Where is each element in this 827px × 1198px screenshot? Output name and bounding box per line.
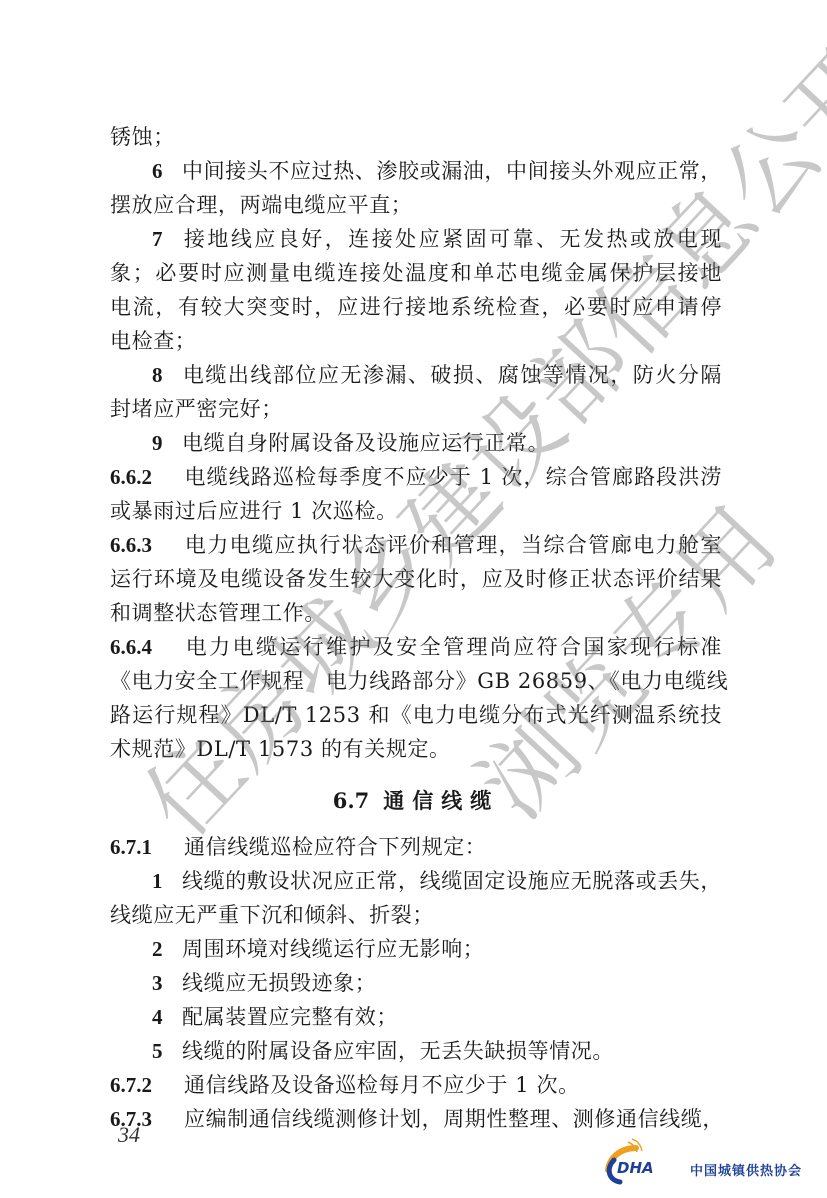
section-number: 6.7: [333, 788, 370, 813]
item-number: 6: [152, 154, 182, 188]
clause-6-7-2: 6.7.2通信线路及设备巡检每月不应少于 1 次。: [110, 1068, 722, 1102]
clause-text: 电缆线路巡检每季度不应少于 1 次，综合管廊路段洪涝: [184, 465, 722, 489]
list-item-4: 4配属装置应完整有效；: [110, 1000, 722, 1034]
item-text: 电缆自身附属设备及设施应运行正常。: [182, 431, 549, 455]
item-text: 线缆应无损毁迹象；: [182, 971, 376, 995]
list-item-5: 5线缆的附属设备应牢固，无丢失缺损等情况。: [110, 1034, 722, 1068]
text-line: 和调整状态管理工作。: [110, 596, 722, 630]
item-number: 2: [152, 932, 182, 966]
logo-mark: DHA: [617, 1159, 654, 1177]
text-line: 电检查；: [110, 324, 722, 358]
item-number: 9: [152, 426, 182, 460]
item-text: 电缆出线部位应无渗漏、破损、腐蚀等情况，防火分隔: [182, 363, 722, 387]
section-heading: 6.7通信线缆: [110, 784, 722, 818]
list-item-2: 2周围环境对线缆运行应无影响；: [110, 932, 722, 966]
list-item-1: 1线缆的敷设状况应正常，线缆固定设施应无脱落或丢失，: [110, 864, 722, 898]
list-item-7: 7接地线应良好，连接处应紧固可靠、无发热或放电现: [110, 222, 722, 256]
text-line: 《电力安全工作规程 电力线路部分》GB 26859、《电力电缆线: [110, 664, 722, 698]
text-line: 封堵应严密完好；: [110, 392, 722, 426]
item-text: 线缆的附属设备应牢固，无丢失缺损等情况。: [182, 1039, 614, 1063]
item-number: 3: [152, 966, 182, 1000]
clause-number: 6.7.1: [110, 830, 184, 864]
item-text: 配属装置应完整有效；: [182, 1005, 398, 1029]
text-line: 路运行规程》DL/T 1253 和《电力电缆分布式光纤测温系统技: [110, 698, 722, 732]
item-text: 线缆的敷设状况应正常，线缆固定设施应无脱落或丢失，: [182, 869, 722, 893]
clause-number: 6.7.2: [110, 1068, 184, 1102]
item-number: 8: [152, 358, 182, 392]
clause-text: 应编制通信线缆测修计划，周期性整理、测修通信线缆，: [184, 1107, 724, 1131]
list-item-9: 9电缆自身附属设备及设施应运行正常。: [110, 426, 722, 460]
logo-text: 中国城镇供热协会: [690, 1160, 802, 1179]
clause-text: 电力电缆应执行状态评价和管理，当综合管廊电力舱室: [184, 533, 722, 557]
item-text: 接地线应良好，连接处应紧固可靠、无发热或放电现: [182, 227, 722, 251]
item-text: 中间接头不应过热、渗胶或漏油，中间接头外观应正常，: [182, 159, 722, 183]
list-item-8: 8电缆出线部位应无渗漏、破损、腐蚀等情况，防火分隔: [110, 358, 722, 392]
text-line: 电流，有较大突变时，应进行接地系统检查，必要时应申请停: [110, 290, 722, 324]
list-item-6: 6中间接头不应过热、渗胶或漏油，中间接头外观应正常，: [110, 154, 722, 188]
clause-text: 通信线缆巡检应符合下列规定：: [184, 835, 486, 859]
page-number: 34: [118, 1122, 140, 1148]
text-line: 术规范》DL/T 1573 的有关规定。: [110, 732, 722, 766]
clause-number: 6.6.4: [110, 630, 184, 664]
list-item-3: 3线缆应无损毁迹象；: [110, 966, 722, 1000]
document-page: 锈蚀； 6中间接头不应过热、渗胶或漏油，中间接头外观应正常， 摆放应合理，两端电…: [110, 120, 722, 1136]
clause-text: 电力电缆运行维护及安全管理尚应符合国家现行标准: [184, 635, 722, 659]
clause-6-6-4: 6.6.4电力电缆运行维护及安全管理尚应符合国家现行标准: [110, 630, 722, 664]
text-line: 线缆应无严重下沉和倾斜、折裂；: [110, 898, 722, 932]
text-line: 象；必要时应测量电缆连接处温度和单芯电缆金属保护层接地: [110, 256, 722, 290]
text-line: 摆放应合理，两端电缆应平直；: [110, 188, 722, 222]
clause-6-6-2: 6.6.2电缆线路巡检每季度不应少于 1 次，综合管廊路段洪涝: [110, 460, 722, 494]
clause-6-7-1: 6.7.1通信线缆巡检应符合下列规定：: [110, 830, 722, 864]
clause-6-6-3: 6.6.3电力电缆应执行状态评价和管理，当综合管廊电力舱室: [110, 528, 722, 562]
item-number: 7: [152, 222, 182, 256]
clause-text: 通信线路及设备巡检每月不应少于 1 次。: [184, 1073, 580, 1097]
item-number: 1: [152, 864, 182, 898]
clause-6-7-3: 6.7.3应编制通信线缆测修计划，周期性整理、测修通信线缆，: [110, 1102, 722, 1136]
clause-number: 6.6.3: [110, 528, 184, 562]
item-text: 周围环境对线缆运行应无影响；: [182, 937, 484, 961]
text-line: 锈蚀；: [110, 120, 722, 154]
text-line: 运行环境及电缆设备发生较大变化时，应及时修正状态评价结果: [110, 562, 722, 596]
text-line: 或暴雨过后应进行 1 次巡检。: [110, 494, 722, 528]
clause-number: 6.6.2: [110, 460, 184, 494]
section-title: 通信线缆: [383, 788, 499, 813]
item-number: 4: [152, 1000, 182, 1034]
item-number: 5: [152, 1034, 182, 1068]
